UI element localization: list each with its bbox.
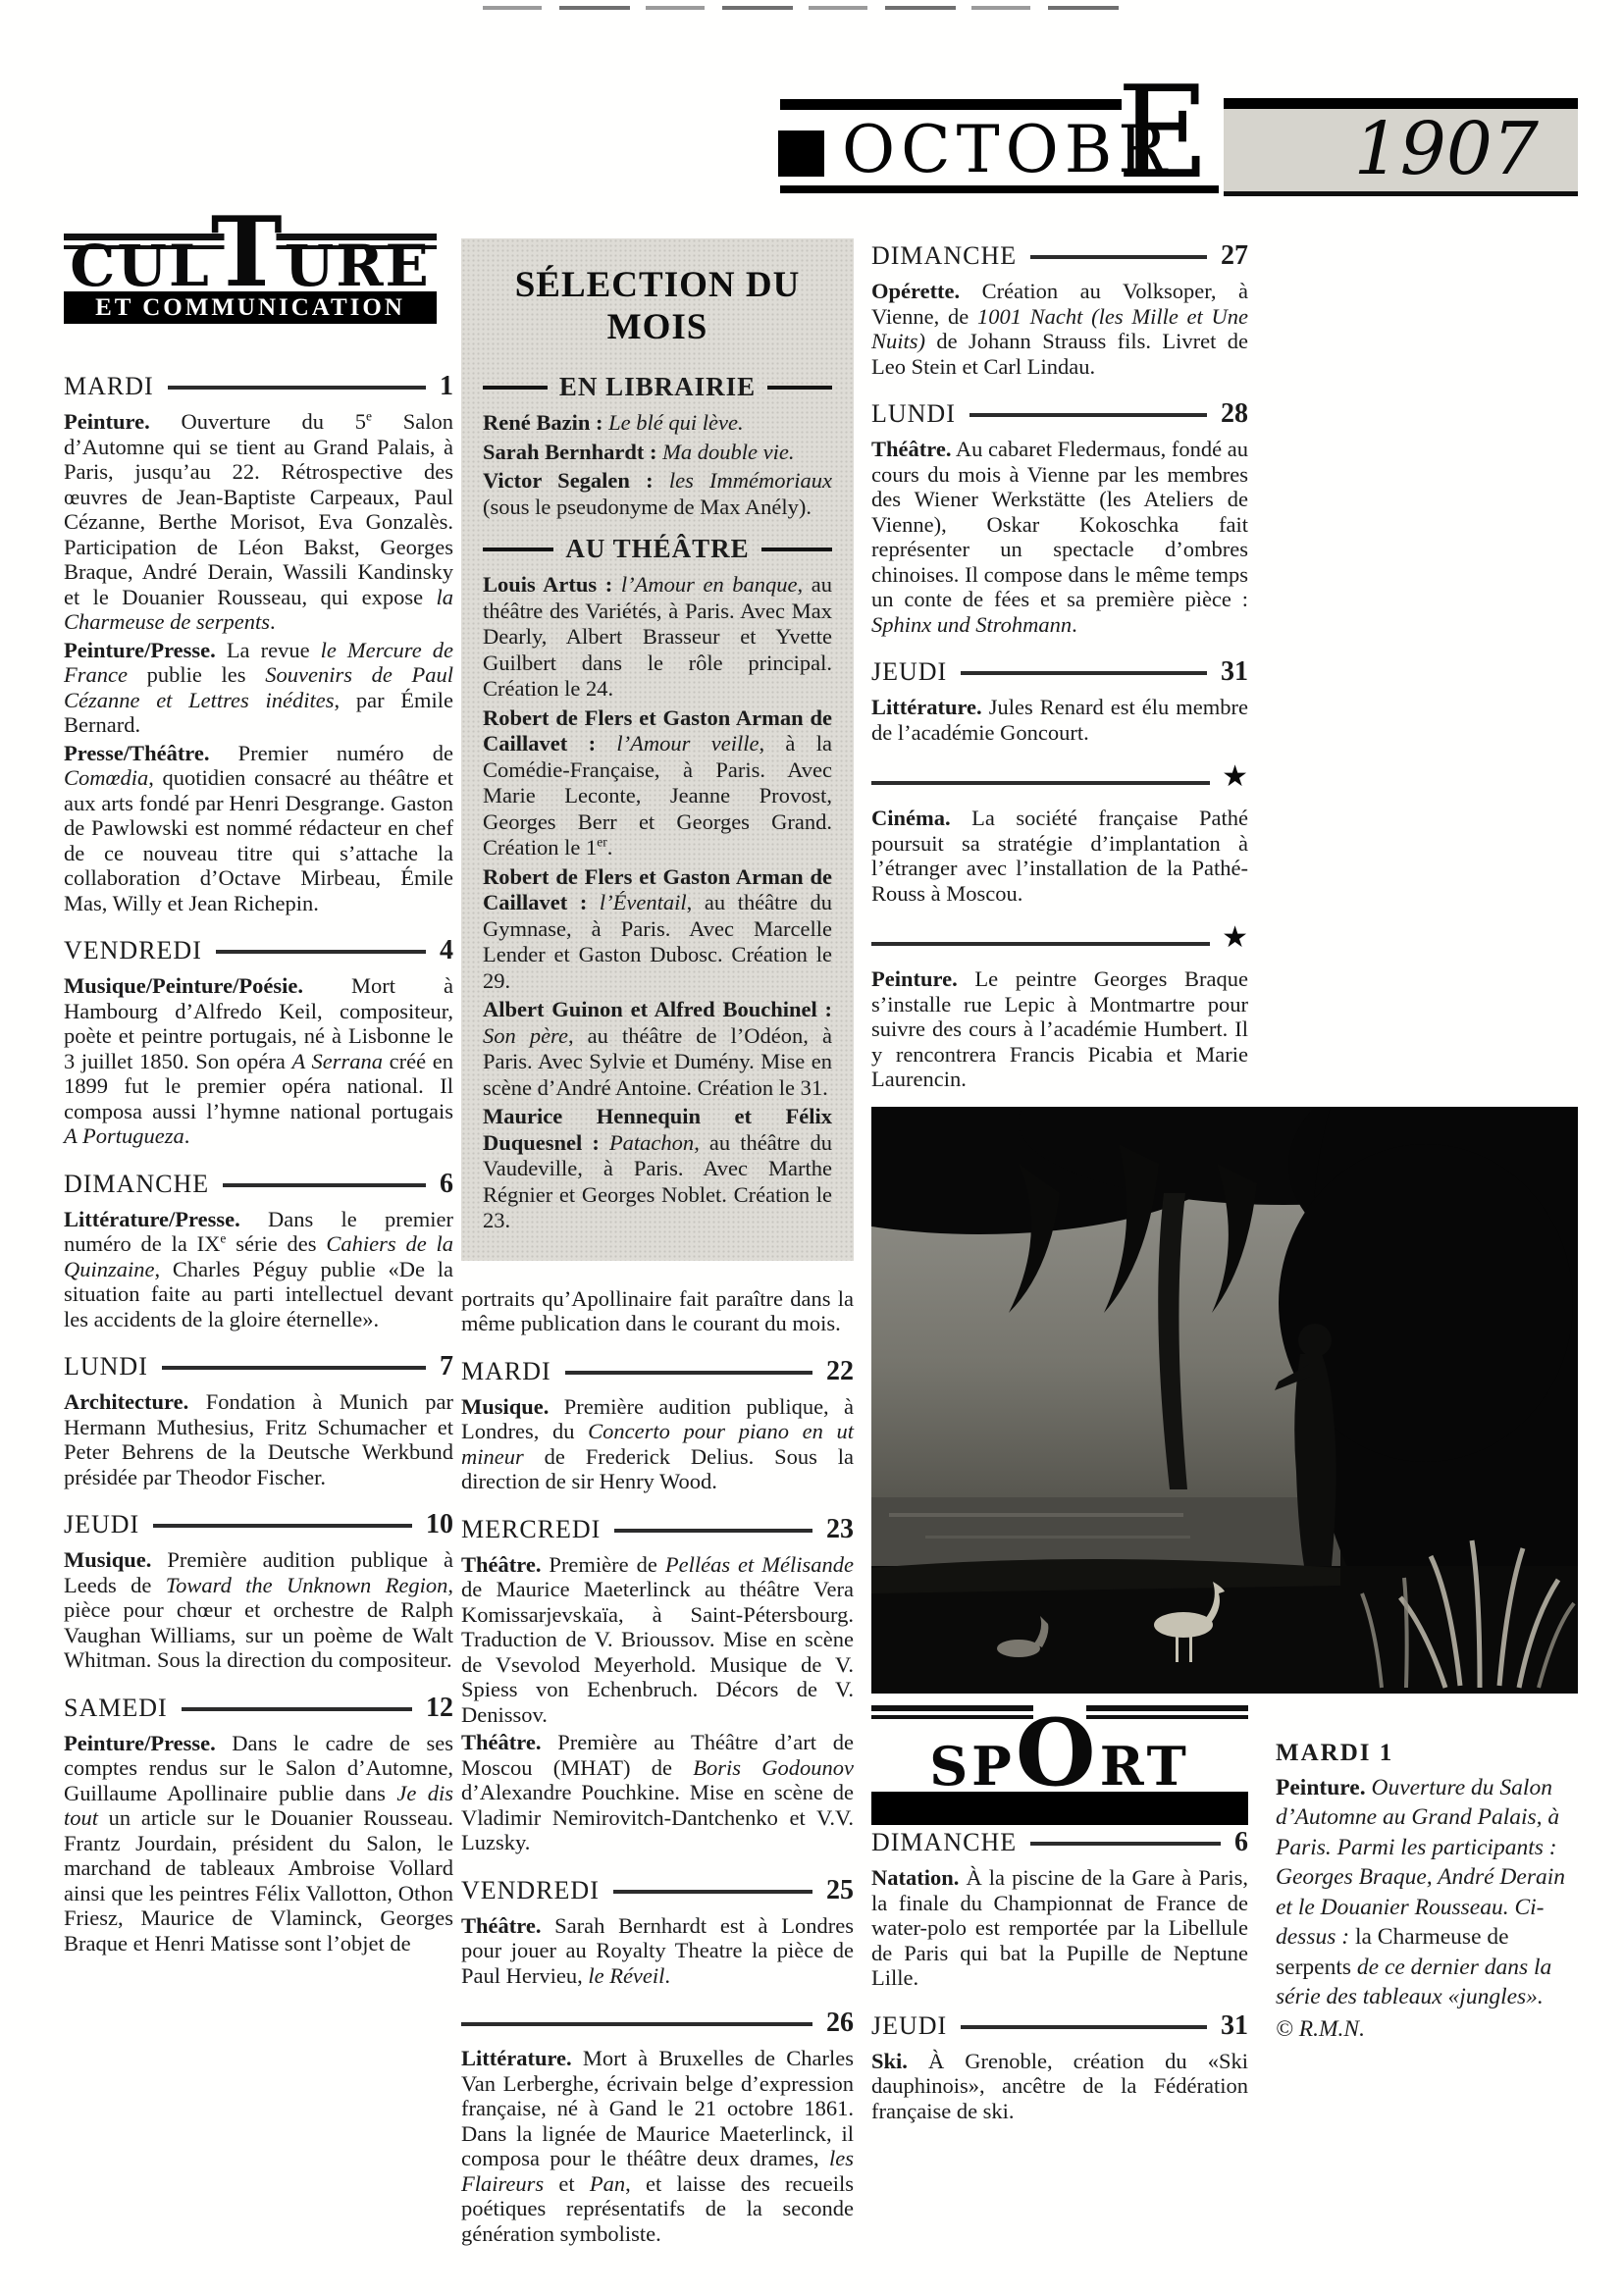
- heading-rule: [613, 1890, 812, 1894]
- text-segment: Théâtre.: [461, 1730, 541, 1754]
- text-segment: Louis Artus :: [483, 572, 612, 597]
- day-heading: JEUDI31: [871, 2010, 1248, 2042]
- text-segment: .: [1072, 612, 1077, 637]
- subhead-label: EN LIBRAIRIE: [559, 372, 756, 402]
- snake-charmer-painting-image: [871, 1107, 1578, 1694]
- header-bottom-rule: [780, 185, 1219, 193]
- text-segment: Première de: [541, 1552, 664, 1577]
- culture-masthead: CULTURE ET COMMUNICATION: [64, 220, 437, 324]
- text-segment: l’Éventail: [587, 890, 686, 914]
- text-segment: d’Alexandre Pouchkine. Mise en scène de …: [461, 1780, 854, 1854]
- day-number: 1: [440, 371, 453, 402]
- star-heading: ★: [871, 764, 1248, 799]
- text-segment: Peinture.: [871, 966, 958, 991]
- selection-entry: Louis Artus : l’Amour en banque, au théâ…: [483, 572, 832, 703]
- text-segment: Ouverture du 5: [150, 409, 366, 434]
- middle-column-blocks: portraits qu’Apollinaire fait paraître d…: [461, 1286, 854, 2247]
- paragraph: Cinéma. La société française Pathé pours…: [871, 806, 1248, 906]
- text-segment: Patachon: [600, 1130, 694, 1155]
- text-segment: .: [270, 609, 276, 634]
- day-heading: VENDREDI25: [461, 1875, 854, 1906]
- text-segment: Peinture/Presse.: [64, 1731, 216, 1755]
- day-number: 6: [1234, 1827, 1248, 1858]
- day-heading: 26: [461, 2008, 854, 2039]
- day-number: 6: [440, 1169, 453, 1200]
- caption-text: Peinture. Ouverture du Salon d’Automne a…: [1276, 1773, 1578, 2012]
- text-segment: Sphinx und Strohmann: [871, 612, 1072, 637]
- paragraph: Peinture/Presse. Dans le cadre de ses co…: [64, 1731, 453, 1956]
- text-segment: .: [184, 1123, 190, 1148]
- heading-rule: [223, 1183, 426, 1187]
- selection-title: SÉLECTION DU MOIS: [483, 264, 832, 348]
- text-segment: Premier numéro de: [210, 741, 453, 765]
- text-segment: Architecture.: [64, 1389, 188, 1414]
- day-name: LUNDI: [871, 399, 956, 429]
- text-segment: de Johann Strauss fils. Livret de Leo St…: [871, 329, 1248, 379]
- day-name: DIMANCHE: [871, 1828, 1017, 1857]
- text-segment: Boris Godounov: [693, 1755, 854, 1780]
- day-name: MARDI: [461, 1357, 551, 1386]
- paragraph: Théâtre. Première au Théâtre d’art de Mo…: [461, 1730, 854, 1855]
- day-heading: JEUDI31: [871, 656, 1248, 688]
- header-month-big-letter: E: [1117, 69, 1210, 196]
- left-column-blocks: MARDI1Peinture. Ouverture du 5e Salon d’…: [64, 371, 453, 1956]
- photo-caption: MARDI 1 Peinture. Ouverture du Salon d’A…: [1276, 1739, 1578, 2044]
- text-segment: le Réveil: [588, 1963, 664, 1988]
- selection-entry: René Bazin : Le blé qui lève.: [483, 410, 832, 437]
- heading-rule: [961, 2025, 1207, 2029]
- text-segment: l’Amour en banque: [612, 572, 797, 597]
- text-segment: Théâtre.: [461, 1913, 541, 1938]
- day-number: 7: [440, 1351, 453, 1382]
- print-artifact-line: [483, 6, 1123, 10]
- heading-rule: [461, 2022, 812, 2026]
- sport-column-blocks: DIMANCHE6Natation. À la piscine de la Ga…: [871, 1827, 1248, 2123]
- text-segment: Musique.: [64, 1547, 151, 1572]
- day-heading: DIMANCHE6: [64, 1169, 453, 1200]
- text-segment: A Portugueza: [64, 1123, 184, 1148]
- heading-rule: [961, 671, 1207, 675]
- text-segment: Toward the Unknown Region: [166, 1573, 448, 1597]
- day-number: 10: [426, 1509, 453, 1540]
- heading-rule: [969, 413, 1207, 417]
- paragraph: Musique/Peinture/Poésie. Mort à Hambourg…: [64, 973, 453, 1149]
- day-heading: DIMANCHE27: [871, 240, 1248, 272]
- text-segment: Comœdia: [64, 765, 148, 790]
- text-segment: publie les: [128, 662, 265, 687]
- right-column-blocks: DIMANCHE27Opérette. Création au Volksope…: [871, 240, 1248, 1092]
- day-heading: LUNDI7: [64, 1351, 453, 1382]
- paragraph: Peinture. Le peintre Georges Braque s’in…: [871, 966, 1248, 1092]
- selection-subhead: EN LIBRAIRIE: [483, 372, 832, 402]
- day-name: VENDREDI: [64, 936, 202, 965]
- year-badge: 1907: [1224, 98, 1578, 196]
- day-name: SAMEDI: [64, 1694, 168, 1723]
- text-segment: série des: [226, 1231, 326, 1256]
- day-heading: DIMANCHE6: [871, 1827, 1248, 1858]
- text-segment: l’Amour veille: [596, 731, 759, 756]
- selection-entry: Robert de Flers et Gaston Arman de Caill…: [483, 864, 832, 995]
- heading-rule: [182, 1707, 412, 1711]
- text-segment: Presse/Théâtre.: [64, 741, 210, 765]
- subhead-rule: [761, 548, 832, 551]
- day-heading: MERCREDI23: [461, 1514, 854, 1545]
- paragraph: Théâtre. Première de Pelléas et Mélisand…: [461, 1552, 854, 1728]
- heading-rule: [1030, 255, 1207, 259]
- day-heading: SAMEDI12: [64, 1693, 453, 1724]
- year-text: 1907: [1354, 107, 1539, 191]
- star-heading: ★: [871, 925, 1248, 960]
- sport-black-bar: [871, 1792, 1248, 1825]
- text-segment: Peinture.: [64, 409, 150, 434]
- page: OCTOBR E 1907 CULTURE ET COMMUNICATION M…: [0, 0, 1624, 2295]
- day-name: MERCREDI: [461, 1515, 601, 1544]
- star-icon: ★: [1222, 920, 1248, 955]
- paragraph: Musique. Première audition publique à Le…: [64, 1547, 453, 1673]
- header-top-rule: [780, 99, 1122, 110]
- left-column: MARDI1Peinture. Ouverture du 5e Salon d’…: [64, 369, 453, 1958]
- day-number: 22: [826, 1356, 854, 1387]
- heading-rule: [871, 781, 1210, 785]
- caption-credit: © R.M.N.: [1276, 2014, 1578, 2045]
- text-segment: La revue: [216, 638, 321, 662]
- text-segment: les Immémoriaux: [654, 468, 832, 493]
- selection-entry: Robert de Flers et Gaston Arman de Caill…: [483, 705, 832, 861]
- day-name: JEUDI: [871, 657, 947, 687]
- heading-rule: [565, 1371, 812, 1375]
- paragraph: Opérette. Création au Volksoper, à Vienn…: [871, 279, 1248, 379]
- day-number: 31: [1221, 2010, 1248, 2042]
- text-segment: Théâtre.: [461, 1552, 541, 1577]
- selection-entry: Sarah Bernhardt : Ma double vie.: [483, 440, 832, 466]
- day-number: 26: [826, 2008, 854, 2039]
- text-segment: .: [607, 835, 613, 860]
- text-segment: er: [597, 835, 607, 850]
- middle-column: SÉLECTION DU MOIS EN LIBRAIRIERené Bazin…: [461, 238, 854, 2249]
- paragraph: Musique. Première audition publique, à L…: [461, 1394, 854, 1494]
- text-segment: (sous le pseudonyme de Max Anély).: [483, 495, 812, 519]
- selection-subhead: AU THÉÂTRE: [483, 534, 832, 564]
- text-segment: Le blé qui lève.: [603, 410, 744, 435]
- heading-rule: [871, 942, 1210, 946]
- header-square-icon: [778, 130, 824, 177]
- selection-body: EN LIBRAIRIERené Bazin : Le blé qui lève…: [483, 372, 832, 1234]
- text-segment: Natation.: [871, 1865, 959, 1890]
- text-segment: Littérature.: [461, 2046, 572, 2070]
- day-heading: VENDREDI4: [64, 935, 453, 966]
- culture-subtitle-bar: ET COMMUNICATION: [64, 291, 437, 324]
- paragraph: Littérature. Mort à Bruxelles de Charles…: [461, 2046, 854, 2246]
- paragraph: Littérature. Jules Renard est élu membre…: [871, 695, 1248, 745]
- text-segment: Littérature/Presse.: [64, 1207, 240, 1231]
- culture-title-post: URE: [285, 233, 431, 299]
- text-segment: Salon d’Automne qui se tient au Grand Pa…: [64, 409, 453, 609]
- selection-entry: Maurice Hennequin et Félix Duquesnel : P…: [483, 1104, 832, 1234]
- day-heading: LUNDI28: [871, 398, 1248, 430]
- paragraph: Peinture/Presse. La revue le Mercure de …: [64, 638, 453, 738]
- day-number: 4: [440, 935, 453, 966]
- text-segment: Peinture.: [1276, 1775, 1371, 1800]
- heading-rule: [168, 386, 426, 390]
- text-segment: Cinéma.: [871, 806, 951, 830]
- caption-heading: MARDI 1: [1276, 1739, 1578, 1769]
- day-name: LUNDI: [64, 1352, 148, 1382]
- sport-title-pre: SP: [929, 1735, 1016, 1798]
- text-segment: Opérette.: [871, 279, 960, 303]
- sport-section: SPORT DIMANCHE6Natation. À la piscine de…: [871, 1725, 1248, 2126]
- text-segment: Musique.: [461, 1394, 549, 1419]
- culture-title-pre: CUL: [70, 233, 211, 299]
- text-segment: Ma double vie.: [657, 440, 795, 464]
- paragraph: Peinture. Ouverture du 5e Salon d’Automn…: [64, 409, 453, 635]
- heading-rule: [216, 950, 426, 954]
- heading-rule: [1030, 1842, 1221, 1846]
- text-segment: René Bazin :: [483, 410, 603, 435]
- text-segment: Peinture/Presse.: [64, 638, 216, 662]
- day-name: DIMANCHE: [64, 1170, 209, 1199]
- text-segment: A Serrana: [292, 1049, 383, 1073]
- paragraph: Ski. À Grenoble, création du «Ski dauphi…: [871, 2049, 1248, 2124]
- paragraph: Architecture. Fondation à Munich par Her…: [64, 1389, 453, 1489]
- text-segment: .: [664, 1963, 670, 1988]
- subhead-rule: [767, 386, 832, 390]
- sport-title-post: RT: [1100, 1735, 1190, 1798]
- day-name: JEUDI: [64, 1510, 139, 1539]
- text-segment: de Maurice Maeterlinck au théâtre Vera K…: [461, 1577, 854, 1727]
- snake-charmer-painting: [871, 1107, 1578, 1694]
- text-segment: Victor Segalen :: [483, 468, 654, 493]
- day-heading: JEUDI10: [64, 1509, 453, 1540]
- text-segment: Son père: [483, 1023, 568, 1048]
- paragraph: Littérature/Presse. Dans le premier numé…: [64, 1207, 453, 1332]
- text-segment: et: [544, 2171, 590, 2196]
- paragraph: Presse/Théâtre. Premier numéro de Comœdi…: [64, 741, 453, 916]
- text-segment: À Grenoble, création du «Ski dauphinois»…: [871, 2049, 1248, 2123]
- paragraph: portraits qu’Apollinaire fait paraître d…: [461, 1286, 854, 1336]
- heading-rule: [162, 1366, 426, 1370]
- text-segment: un article sur le Douanier Rousseau. Fra…: [64, 1805, 453, 1956]
- text-segment: Théâtre.: [871, 437, 951, 461]
- day-name: VENDREDI: [461, 1876, 600, 1905]
- day-heading: MARDI22: [461, 1356, 854, 1387]
- paragraph: Théâtre. Au cabaret Fledermaus, fondé au…: [871, 437, 1248, 637]
- text-segment: Pan: [590, 2171, 625, 2196]
- day-number: 31: [1221, 656, 1248, 688]
- heading-rule: [153, 1524, 412, 1528]
- paragraph: Théâtre. Sarah Bernhardt est à Londres p…: [461, 1913, 854, 1989]
- text-segment: Musique/Peinture/Poésie.: [64, 973, 303, 998]
- subhead-rule: [483, 386, 548, 390]
- subhead-label: AU THÉÂTRE: [565, 534, 749, 564]
- selection-entry: Albert Guinon et Alfred Bouchinel : Son …: [483, 997, 832, 1101]
- paragraph: Natation. À la piscine de la Gare à Pari…: [871, 1865, 1248, 1991]
- day-name: DIMANCHE: [871, 241, 1017, 271]
- day-number: 25: [826, 1875, 854, 1906]
- right-column: DIMANCHE27Opérette. Création au Volksope…: [871, 238, 1248, 1095]
- text-segment: Littérature.: [871, 695, 982, 719]
- day-heading: MARDI1: [64, 371, 453, 402]
- day-number: 28: [1221, 398, 1248, 430]
- text-segment: Pelléas et Mélisande: [665, 1552, 854, 1577]
- selection-box: SÉLECTION DU MOIS EN LIBRAIRIERené Bazin…: [461, 238, 854, 1261]
- text-segment: Ski.: [871, 2049, 908, 2073]
- day-name: MARDI: [64, 372, 154, 401]
- heading-rule: [614, 1529, 812, 1533]
- text-segment: Au cabaret Fledermaus, fondé au cours du…: [871, 437, 1248, 611]
- day-name: JEUDI: [871, 2011, 947, 2041]
- text-segment: portraits qu’Apollinaire fait paraître d…: [461, 1286, 854, 1336]
- star-icon: ★: [1222, 759, 1248, 794]
- text-segment: Sarah Bernhardt :: [483, 440, 657, 464]
- text-segment: Albert Guinon et Alfred Bouchinel :: [483, 997, 832, 1021]
- selection-entry: Victor Segalen : les Immémoriaux (sous l…: [483, 468, 832, 520]
- subhead-rule: [483, 548, 553, 551]
- day-number: 23: [826, 1514, 854, 1545]
- day-number: 27: [1221, 240, 1248, 272]
- day-number: 12: [426, 1693, 453, 1724]
- sport-masthead: SPORT: [871, 1699, 1248, 1825]
